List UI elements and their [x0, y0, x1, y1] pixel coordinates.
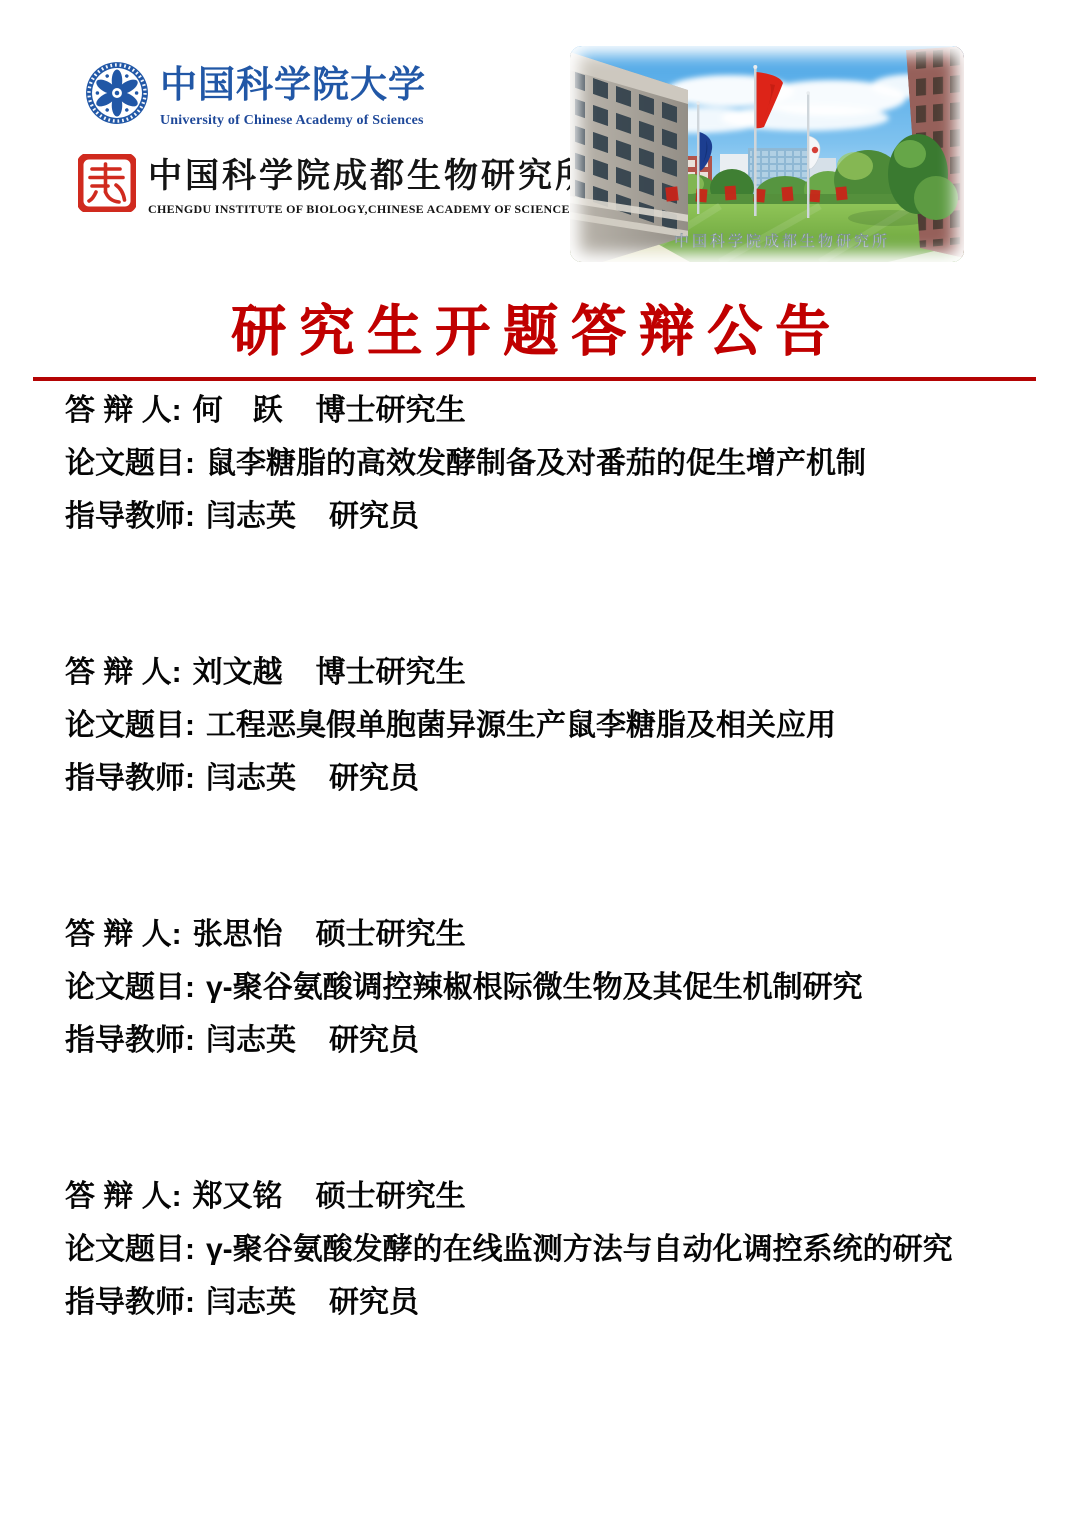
advisor-name: 闫志英	[206, 1286, 296, 1319]
page-title: 研究生开题答辩公告	[0, 301, 1074, 362]
thesis-label: 论文题目:	[65, 1233, 195, 1266]
defender-degree: 博士研究生	[316, 656, 466, 689]
thesis-title: 鼠李糖脂的高效发酵制备及对番茄的促生增产机制	[206, 447, 866, 480]
defender-line: 答 辩 人:张思怡硕士研究生	[65, 920, 1044, 950]
title-divider	[33, 377, 1036, 381]
defense-entry-4: 答 辩 人:郑又铭硕士研究生 论文题目:γ-聚谷氨酸发酵的在线监测方法与自动化调…	[65, 1182, 1044, 1318]
advisor-name: 闫志英	[206, 762, 296, 795]
campus-photo-illustration: 中国科学院成都生物研究所	[570, 46, 964, 262]
ucas-name-zh: 中国科学院大学	[160, 60, 426, 112]
thesis-line: 论文题目:γ-聚谷氨酸调控辣椒根际微生物及其促生机制研究	[65, 973, 1044, 1003]
defender-label: 答 辩 人:	[65, 394, 182, 427]
ucas-emblem-icon	[84, 60, 150, 126]
advisor-line: 指导教师:闫志英研究员	[65, 502, 1044, 532]
thesis-title: γ-聚谷氨酸调控辣椒根际微生物及其促生机制研究	[206, 971, 863, 1004]
defender-line: 答 辩 人:何 跃博士研究生	[65, 396, 1044, 426]
defender-name: 郑又铭	[193, 1180, 283, 1213]
advisor-name: 闫志英	[206, 1024, 296, 1057]
photo-overlay-text: 中国科学院成都生物研究所	[674, 232, 890, 250]
cib-seal-icon	[78, 154, 136, 212]
defender-degree: 博士研究生	[316, 394, 466, 427]
defender-label: 答 辩 人:	[65, 656, 182, 689]
defense-entry-1: 答 辩 人:何 跃博士研究生 论文题目:鼠李糖脂的高效发酵制备及对番茄的促生增产…	[65, 396, 1044, 532]
advisor-line: 指导教师:闫志英研究员	[65, 1026, 1044, 1056]
thesis-line: 论文题目:γ-聚谷氨酸发酵的在线监测方法与自动化调控系统的研究	[65, 1235, 1044, 1265]
advisor-title: 研究员	[329, 762, 419, 795]
advisor-title: 研究员	[329, 500, 419, 533]
defender-label: 答 辩 人:	[65, 1180, 182, 1213]
advisor-line: 指导教师:闫志英研究员	[65, 764, 1044, 794]
defender-name: 刘文越	[193, 656, 283, 689]
defense-entries: 答 辩 人:何 跃博士研究生 论文题目:鼠李糖脂的高效发酵制备及对番茄的促生增产…	[65, 396, 1044, 1444]
advisor-label: 指导教师:	[65, 500, 195, 533]
advisor-name: 闫志英	[206, 500, 296, 533]
defender-name: 张思怡	[193, 918, 283, 951]
defender-name: 何 跃	[193, 394, 283, 427]
campus-photo: 中国科学院成都生物研究所	[570, 46, 964, 262]
defender-line: 答 辩 人:郑又铭硕士研究生	[65, 1182, 1044, 1212]
defense-entry-3: 答 辩 人:张思怡硕士研究生 论文题目:γ-聚谷氨酸调控辣椒根际微生物及其促生机…	[65, 920, 1044, 1056]
thesis-title: 工程恶臭假单胞菌异源生产鼠李糖脂及相关应用	[206, 709, 836, 742]
defender-degree: 硕士研究生	[316, 1180, 466, 1213]
advisor-label: 指导教师:	[65, 762, 195, 795]
defender-degree: 硕士研究生	[316, 918, 466, 951]
defender-label: 答 辩 人:	[65, 918, 182, 951]
thesis-label: 论文题目:	[65, 447, 195, 480]
ucas-name-en: University of Chinese Academy of Science…	[160, 113, 426, 129]
advisor-title: 研究员	[329, 1024, 419, 1057]
advisor-label: 指导教师:	[65, 1024, 195, 1057]
cib-logo: 中国科学院成都生物研究所 CHENGDU INSTITUTE OF BIOLOG…	[78, 154, 592, 217]
ucas-logo: 中国科学院大学 University of Chinese Academy of…	[84, 60, 426, 129]
thesis-title: γ-聚谷氨酸发酵的在线监测方法与自动化调控系统的研究	[206, 1233, 953, 1266]
advisor-label: 指导教师:	[65, 1286, 195, 1319]
thesis-label: 论文题目:	[65, 709, 195, 742]
thesis-line: 论文题目:鼠李糖脂的高效发酵制备及对番茄的促生增产机制	[65, 449, 1044, 479]
cib-name-en: CHENGDU INSTITUTE OF BIOLOGY,CHINESE ACA…	[148, 202, 592, 217]
advisor-title: 研究员	[329, 1286, 419, 1319]
defender-line: 答 辩 人:刘文越博士研究生	[65, 658, 1044, 688]
defense-entry-2: 答 辩 人:刘文越博士研究生 论文题目:工程恶臭假单胞菌异源生产鼠李糖脂及相关应…	[65, 658, 1044, 794]
thesis-line: 论文题目:工程恶臭假单胞菌异源生产鼠李糖脂及相关应用	[65, 711, 1044, 741]
cib-name-zh: 中国科学院成都生物研究所	[148, 154, 592, 200]
announcement-page: 中国科学院大学 University of Chinese Academy of…	[0, 0, 1074, 1520]
thesis-label: 论文题目:	[65, 971, 195, 1004]
advisor-line: 指导教师:闫志英研究员	[65, 1288, 1044, 1318]
